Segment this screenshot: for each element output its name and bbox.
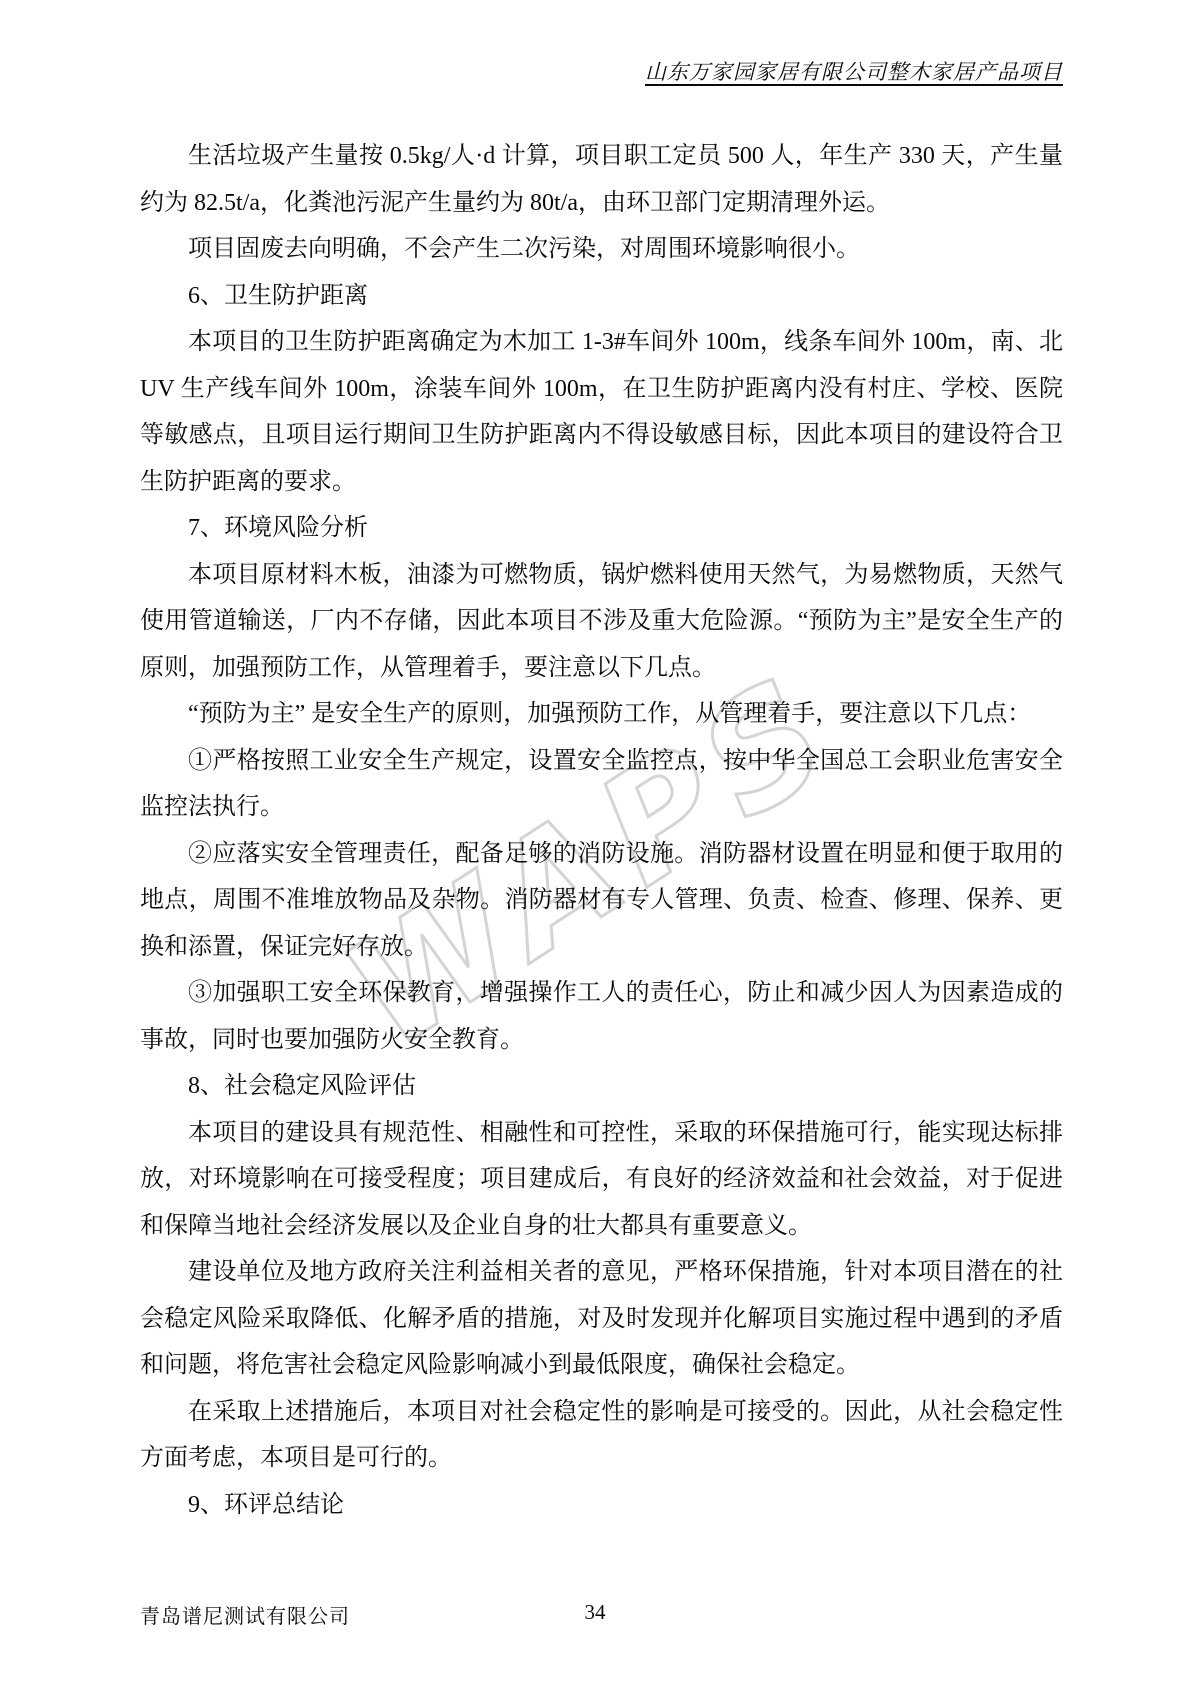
section-heading: 6、卫生防护距离 — [140, 273, 1063, 320]
paragraph: “预防为主” 是安全生产的原则，加强预防工作，从管理着手，要注意以下几点： — [140, 691, 1063, 738]
document-body: 生活垃圾产生量按 0.5kg/人·d 计算，项目职工定员 500 人，年生产 3… — [140, 133, 1063, 1528]
header-title: 山东万家园家居有限公司整木家居产品项目 — [645, 60, 1063, 84]
paragraph: 本项目的卫生防护距离确定为木加工 1-3#车间外 100m，线条车间外 100m… — [140, 319, 1063, 505]
paragraph: 生活垃圾产生量按 0.5kg/人·d 计算，项目职工定员 500 人，年生产 3… — [140, 133, 1063, 226]
paragraph: 本项目原材料木板，油漆为可燃物质，锅炉燃料使用天然气，为易燃物质，天然气使用管道… — [140, 552, 1063, 692]
paragraph: ②应落实安全管理责任，配备足够的消防设施。消防器材设置在明显和便于取用的地点，周… — [140, 831, 1063, 971]
document-page: 山东万家园家居有限公司整木家居产品项目 WAPS 生活垃圾产生量按 0.5kg/… — [0, 0, 1190, 1683]
paragraph: 本项目的建设具有规范性、相融性和可控性，采取的环保措施可行，能实现达标排放，对环… — [140, 1110, 1063, 1250]
paragraph: 在采取上述措施后，本项目对社会稳定性的影响是可接受的。因此，从社会稳定性方面考虑… — [140, 1389, 1063, 1482]
section-heading: 8、社会稳定风险评估 — [140, 1063, 1063, 1110]
page-number: 34 — [0, 1600, 1190, 1625]
paragraph: 项目固废去向明确，不会产生二次污染，对周围环境影响很小。 — [140, 226, 1063, 273]
paragraph: ③加强职工安全环保教育，增强操作工人的责任心，防止和减少因人为因素造成的事故，同… — [140, 970, 1063, 1063]
page-footer: 青岛谱尼测试有限公司 34 — [0, 1600, 1190, 1640]
paragraph: ①严格按照工业安全生产规定，设置安全监控点，按中华全国总工会职业危害安全监控法执… — [140, 738, 1063, 831]
section-heading: 7、环境风险分析 — [140, 505, 1063, 552]
paragraph: 建设单位及地方政府关注利益相关者的意见，严格环保措施，针对本项目潜在的社会稳定风… — [140, 1249, 1063, 1389]
page-header: 山东万家园家居有限公司整木家居产品项目 — [645, 56, 1063, 86]
section-heading: 9、环评总结论 — [140, 1482, 1063, 1529]
